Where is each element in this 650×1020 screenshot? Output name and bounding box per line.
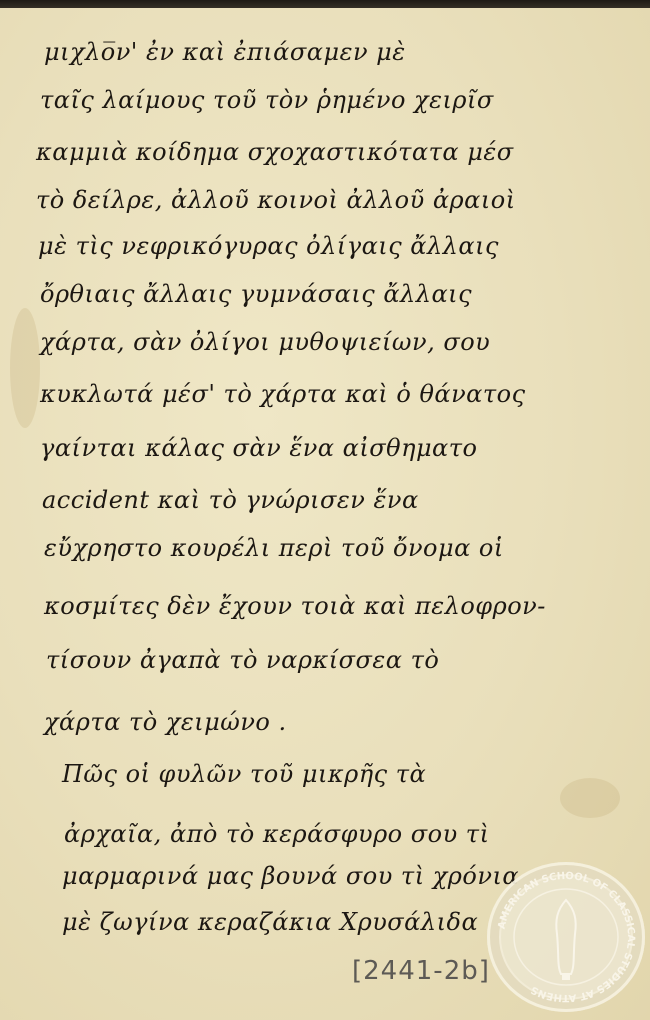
embossed-seal: AMERICAN SCHOOL OF CLASSICAL STUDIES AT …	[487, 862, 645, 1012]
seal-ring-icon: AMERICAN SCHOOL OF CLASSICAL STUDIES AT …	[487, 862, 645, 1012]
handwritten-line: μὲ τὶς νεφρικόγυρας ὀλίγαις ἄλλαις	[38, 232, 499, 260]
handwritten-line: τίσουν ἀγαπὰ τὸ ναρκίσσεα τὸ	[46, 646, 439, 674]
handwritten-line: γαίνται κάλας σὰν ἕνα αἰσθηματο	[40, 434, 477, 462]
amphora-icon	[556, 900, 575, 974]
svg-text:AMERICAN SCHOOL OF CLASSICAL S: AMERICAN SCHOOL OF CLASSICAL STUDIES AT …	[497, 871, 637, 1003]
handwritten-line: ὄρθιαις ἄλλαις γυμνάσαις ἄλλαις	[40, 280, 472, 308]
handwritten-line: ταῖς λαίμους τοῦ τὸν ῥημένο χειρῖσ	[40, 86, 494, 114]
handwritten-line: καμμιὰ κοίδημα σχοχαστικότατα μέσ	[36, 138, 514, 166]
paper-stain	[10, 308, 40, 428]
handwritten-line: μὲ ζωγίνα κεραζάκια Χρυσάλιδα	[62, 908, 478, 936]
handwritten-line: τὸ δείλρε, ἀλλοῦ κοινοὶ ἀλλοῦ ἀραιοὶ	[36, 186, 516, 214]
handwritten-line: μαρμαρινά μας βουνά σου τὶ χρόνια	[62, 862, 519, 890]
handwritten-line: εὔχρηστο κουρέλι περὶ τοῦ ὄνομα οἱ	[44, 534, 504, 562]
handwritten-line: χάρτα, σὰν ὀλίγοι μυθοψιείων, σου	[40, 328, 490, 356]
handwritten-line: μιχλο̅ν' ἐν καὶ ἐπιάσαμεν μὲ	[44, 38, 406, 66]
handwritten-line: χάρτα τὸ χειμώνο .	[44, 708, 287, 736]
handwritten-line: κοσμίτες δὲν ἔχουν τοιὰ καὶ πελοφρον-	[44, 592, 546, 620]
handwritten-line: Πῶς οἱ φυλῶν τοῦ μικρῆς τὰ	[62, 760, 426, 788]
handwritten-line: ἀρχαῖα, ἀπὸ τὸ κεράσφυρο σου τὶ	[64, 820, 490, 848]
paper-stain	[560, 778, 620, 818]
handwritten-line: accident καὶ τὸ γνώρισεν ἕνα	[42, 486, 419, 514]
archive-reference-label: [2441-2b]	[352, 956, 490, 986]
handwritten-line: κυκλωτά μέσ' τὸ χάρτα καὶ ὁ θάνατος	[40, 380, 526, 408]
